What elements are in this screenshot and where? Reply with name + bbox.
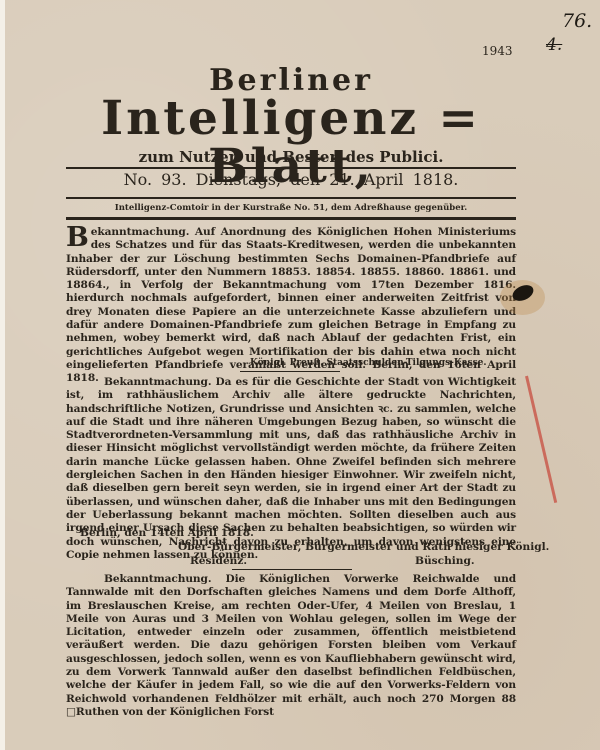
red-pencil-mark xyxy=(525,376,557,503)
issue-date: den 21. April 1818. xyxy=(290,170,458,189)
notice-heading: ekanntmachung. xyxy=(91,226,190,238)
notice-3: Bekanntmachung. Die Königlichen Vorwerke… xyxy=(66,573,516,719)
notice-body: Die Königlichen Vorwerke Reichwalde und … xyxy=(66,573,516,718)
page-edge xyxy=(0,0,5,750)
rule-divider-thick xyxy=(66,217,516,220)
issue-number: No. 93. xyxy=(124,170,187,189)
notice-signature: Ober-Bürgermeister, Bürgermeister und Ra… xyxy=(178,541,549,553)
handwritten-crossed-number: 4. xyxy=(546,35,562,55)
dateline: No. 93. Dienstags, den 21. April 1818. xyxy=(66,170,516,189)
archive-number: 1943 xyxy=(482,44,513,58)
short-divider xyxy=(240,371,340,372)
notice-place-date: Berlin, den 14ten April 1818. xyxy=(80,527,254,539)
office-address: Intelligenz-Comtoir in der Kurstraße No.… xyxy=(66,203,516,213)
dropcap: B xyxy=(66,226,89,250)
notice-heading: Bekanntmachung. xyxy=(104,376,211,388)
handwritten-page-number: 76. xyxy=(562,10,592,32)
rule-divider xyxy=(66,197,516,199)
notice-signature-right: Büsching. xyxy=(415,555,475,567)
notice-signature: Königl. Preuß. Staatsschulden-Tilgungs-K… xyxy=(250,358,487,368)
notice-signature-left: Residenz. xyxy=(190,555,247,567)
short-divider xyxy=(232,569,352,570)
masthead-subtitle: zum Nutzen und Besten des Publici. xyxy=(66,148,516,166)
weekday: Dienstags, xyxy=(196,170,281,189)
newspaper-page: 1943 4. 76. Berliner Intelligenz = Blatt… xyxy=(0,0,600,750)
rule-divider xyxy=(66,167,516,169)
notice-heading: Bekanntmachung. xyxy=(104,573,211,585)
